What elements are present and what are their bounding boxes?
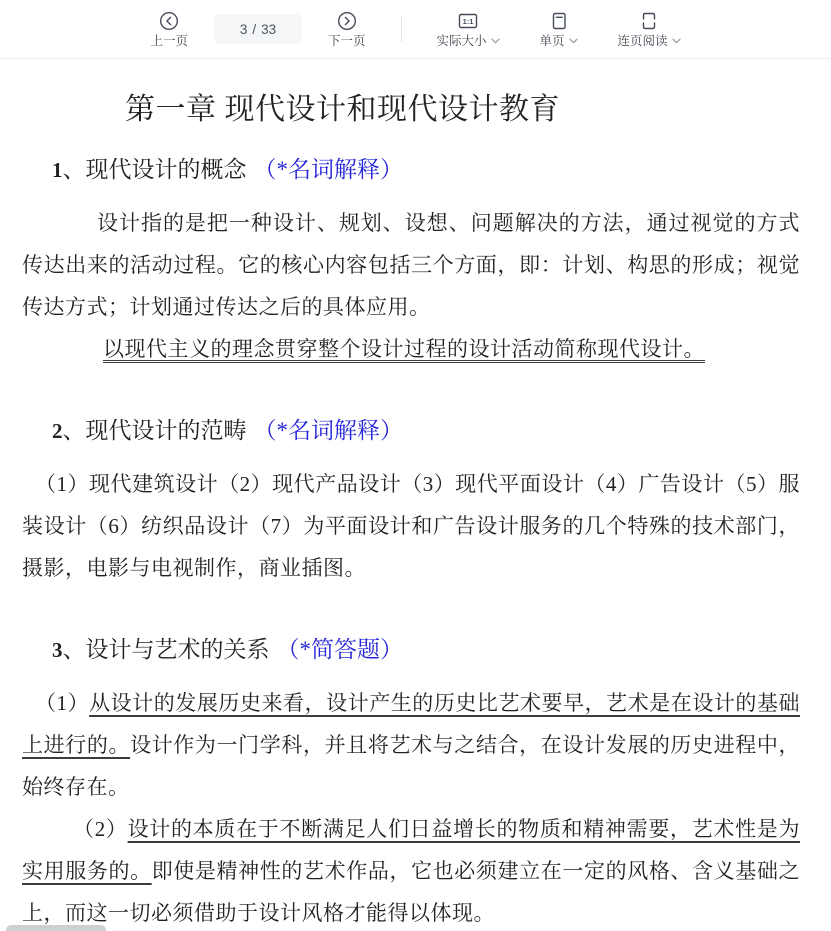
next-page-icon (336, 10, 358, 32)
section-heading: 1、现代设计的概念（*名词解释） (52, 155, 800, 185)
next-page-button[interactable]: 下一页 (328, 10, 366, 49)
svg-text:1:1: 1:1 (463, 16, 474, 25)
prev-page-icon (158, 10, 180, 32)
section-number: 2 (52, 419, 63, 443)
text-segment: （2） (73, 817, 128, 841)
next-page-label: 下一页 (328, 33, 366, 49)
paragraph: （2）设计的本质在于不断满足人们日益增长的物质和精神需要，艺术性是为实用服务的。… (22, 808, 800, 931)
document-page: 第一章 现代设计和现代设计教育1、现代设计的概念（*名词解释）设计指的是把一种设… (0, 59, 831, 931)
section-heading-text: 、现代设计的概念 (63, 157, 247, 182)
section-heading-text: 、设计与艺术的关系 (63, 637, 270, 662)
actual-size-icon: 1:1 (457, 10, 479, 32)
horizontal-scrollbar-thumb[interactable] (6, 925, 106, 931)
page-current: 3 (240, 22, 248, 37)
paragraph: 以现代主义的理念贯穿整个设计过程的设计活动简称现代设计。 (22, 328, 800, 370)
text-segment: 设计指的是把一种设计、规划、设想、问题解决的方法，通过视觉的方式传达出来的活动过… (22, 211, 800, 319)
reader-toolbar: 上一页 3 / 33 下一页 1:1 (0, 0, 831, 59)
question-type-tag: （*名词解释） (254, 418, 404, 443)
reading-mode-dropdown[interactable]: 连页阅读 (618, 10, 681, 49)
text-segment: 设计作为一门学科，并且将艺术与之结合，在设计发展的历史进程中，始终存在。 (22, 733, 800, 799)
section-heading: 3、设计与艺术的关系（*简答题） (52, 635, 800, 665)
single-page-icon (548, 10, 570, 32)
paragraph: （1）现代建筑设计（2）现代产品设计（3）现代平面设计（4）广告设计（5）服装设… (22, 463, 800, 589)
section-heading: 2、现代设计的范畴（*名词解释） (52, 416, 800, 446)
page-total: 33 (261, 22, 276, 37)
chapter-title: 第一章 现代设计和现代设计教育 (125, 93, 800, 127)
page-mode-label: 单页 (540, 33, 565, 49)
page-separator: / (252, 22, 256, 37)
toolbar-divider (401, 16, 402, 42)
question-type-tag: （*简答题） (277, 637, 404, 662)
underlined-text-segment: 以现代主义的理念贯穿整个设计过程的设计活动简称现代设计。 (103, 337, 705, 361)
page-number-input[interactable]: 3 / 33 (214, 14, 302, 44)
paragraph: 设计指的是把一种设计、规划、设想、问题解决的方法，通过视觉的方式传达出来的活动过… (22, 202, 800, 328)
paragraph: （1）从设计的发展历史来看，设计产生的历史比艺术要早，艺术是在设计的基础上进行的… (22, 682, 800, 808)
page-mode-dropdown[interactable]: 单页 (540, 10, 578, 49)
section-number: 1 (52, 158, 63, 182)
continuous-reading-icon (638, 10, 660, 32)
text-segment: （1） (35, 691, 89, 715)
section-heading-text: 、现代设计的范畴 (63, 418, 247, 443)
reading-mode-label: 连页阅读 (618, 33, 668, 49)
chevron-down-icon (491, 38, 500, 44)
prev-page-button[interactable]: 上一页 (150, 10, 188, 49)
prev-page-label: 上一页 (150, 33, 188, 49)
text-segment: （1）现代建筑设计（2）现代产品设计（3）现代平面设计（4）广告设计（5）服装设… (22, 472, 800, 580)
chevron-down-icon (672, 38, 681, 44)
section-number: 3 (52, 638, 63, 662)
actual-size-label: 实际大小 (436, 33, 486, 49)
chevron-down-icon (569, 38, 578, 44)
actual-size-dropdown[interactable]: 1:1 实际大小 (436, 10, 499, 49)
question-type-tag: （*名词解释） (254, 157, 404, 182)
